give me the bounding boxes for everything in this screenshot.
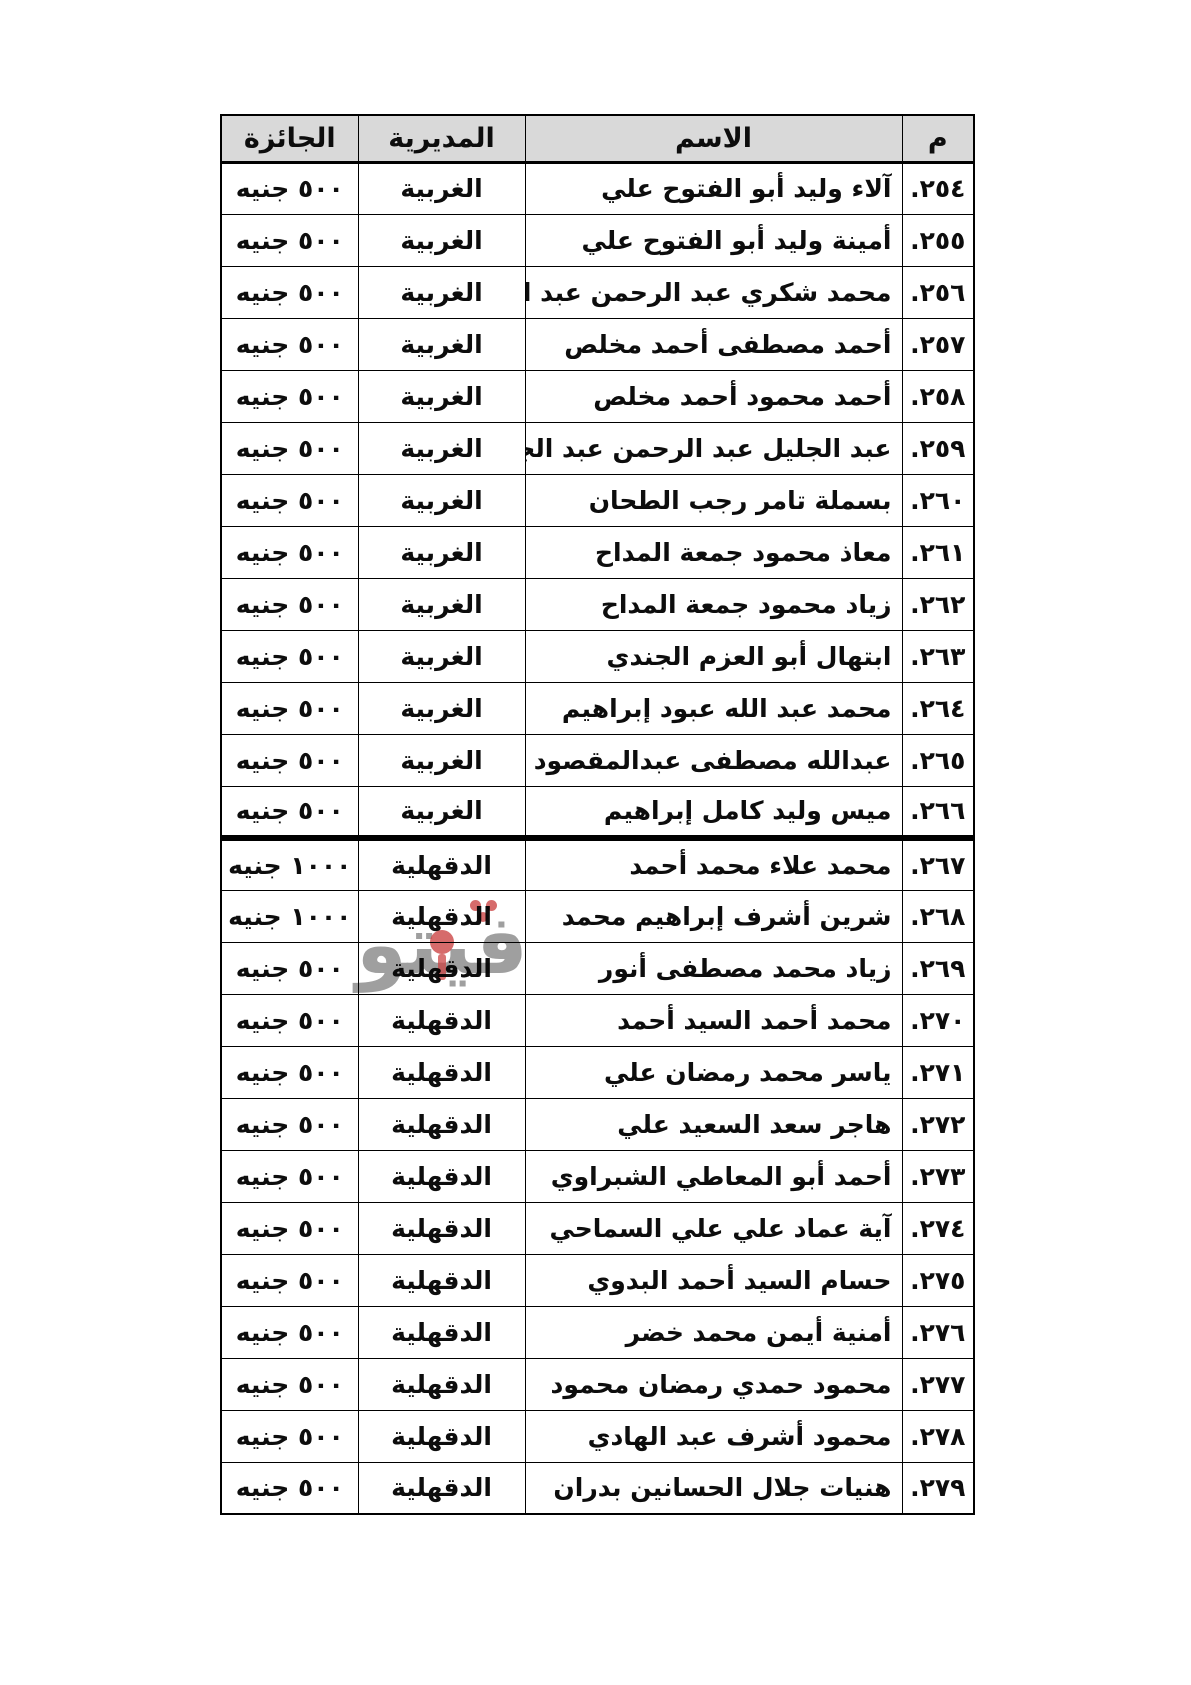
cell-num: ٢٧٤.: [902, 1202, 974, 1254]
cell-dir: الغربية: [358, 370, 525, 422]
header-number: م: [902, 115, 974, 162]
cell-num: ٢٧٨.: [902, 1410, 974, 1462]
cell-prize: ٥٠٠ جنيه: [221, 1046, 358, 1098]
cell-dir: الغربية: [358, 162, 525, 214]
cell-num: ٢٧٧.: [902, 1358, 974, 1410]
table-row: ٢٧٩.هنيات جلال الحسانين بدرانالدقهلية٥٠٠…: [221, 1462, 974, 1514]
cell-num: ٢٦٩.: [902, 942, 974, 994]
header-name: الاسم: [525, 115, 902, 162]
cell-num: ٢٦٨.: [902, 890, 974, 942]
cell-name: شرين أشرف إبراهيم محمد: [525, 890, 902, 942]
cell-dir: الغربية: [358, 682, 525, 734]
cell-name: أحمد أبو المعاطي الشبراوي: [525, 1150, 902, 1202]
cell-prize: ٥٠٠ جنيه: [221, 1410, 358, 1462]
table-row: ٢٧٨.محمود أشرف عبد الهاديالدقهلية٥٠٠ جني…: [221, 1410, 974, 1462]
cell-prize: ٥٠٠ جنيه: [221, 1150, 358, 1202]
cell-num: ٢٥٧.: [902, 318, 974, 370]
cell-prize: ٥٠٠ جنيه: [221, 630, 358, 682]
cell-dir: الغربية: [358, 734, 525, 786]
cell-name: آية عماد علي علي السماحي: [525, 1202, 902, 1254]
table-row: ٢٧٠.محمد أحمد السيد أحمدالدقهلية٥٠٠ جنيه: [221, 994, 974, 1046]
table-row: ٢٥٨.أحمد محمود أحمد مخلصالغربية٥٠٠ جنيه: [221, 370, 974, 422]
table-row: ٢٦٠.بسملة تامر رجب الطحانالغربية٥٠٠ جنيه: [221, 474, 974, 526]
cell-name: هنيات جلال الحسانين بدران: [525, 1462, 902, 1514]
cell-num: ٢٦٤.: [902, 682, 974, 734]
cell-dir: الدقهلية: [358, 1358, 525, 1410]
cell-prize: ١٠٠٠ جنيه: [221, 838, 358, 890]
cell-dir: الغربية: [358, 526, 525, 578]
document-page: { "colors": { "header_bg": "#d9d9d9", "b…: [0, 0, 1191, 1685]
cell-name: محمد أحمد السيد أحمد: [525, 994, 902, 1046]
table-row: ٢٥٦.محمد شكري عبد الرحمن عبد الكريمالغرب…: [221, 266, 974, 318]
cell-dir: الدقهلية: [358, 1254, 525, 1306]
cell-name: آلاء وليد أبو الفتوح علي: [525, 162, 902, 214]
cell-name: ميس وليد كامل إبراهيم: [525, 786, 902, 838]
cell-prize: ٥٠٠ جنيه: [221, 1306, 358, 1358]
cell-name: حسام السيد أحمد البدوي: [525, 1254, 902, 1306]
table-row: ٢٦٥.عبدالله مصطفى عبدالمقصود عواضالغربية…: [221, 734, 974, 786]
cell-prize: ٥٠٠ جنيه: [221, 734, 358, 786]
cell-num: ٢٥٤.: [902, 162, 974, 214]
cell-num: ٢٦٢.: [902, 578, 974, 630]
cell-dir: الغربية: [358, 266, 525, 318]
cell-num: ٢٦٠.: [902, 474, 974, 526]
cell-num: ٢٥٥.: [902, 214, 974, 266]
table-row: ٢٦٣.ابتهال أبو العزم الجنديالغربية٥٠٠ جن…: [221, 630, 974, 682]
cell-num: ٢٦٦.: [902, 786, 974, 838]
cell-num: ٢٥٩.: [902, 422, 974, 474]
table-row: ٢٦١.معاذ محمود جمعة المداحالغربية٥٠٠ جني…: [221, 526, 974, 578]
cell-num: ٢٧٥.: [902, 1254, 974, 1306]
cell-dir: الدقهلية: [358, 942, 525, 994]
cell-prize: ٥٠٠ جنيه: [221, 1358, 358, 1410]
cell-num: ٢٧٣.: [902, 1150, 974, 1202]
cell-name: معاذ محمود جمعة المداح: [525, 526, 902, 578]
cell-dir: الدقهلية: [358, 994, 525, 1046]
table-row: ٢٧١.ياسر محمد رمضان عليالدقهلية٥٠٠ جنيه: [221, 1046, 974, 1098]
header-row: م الاسم المديرية الجائزة: [221, 115, 974, 162]
cell-name: محمد علاء محمد أحمد: [525, 838, 902, 890]
cell-dir: الدقهلية: [358, 838, 525, 890]
cell-name: عبد الجليل عبد الرحمن عبد الجليل: [525, 422, 902, 474]
table-row: ٢٧٤.آية عماد علي علي السماحيالدقهلية٥٠٠ …: [221, 1202, 974, 1254]
table-row: ٢٦٨.شرين أشرف إبراهيم محمدالدقهلية١٠٠٠ ج…: [221, 890, 974, 942]
cell-prize: ٥٠٠ جنيه: [221, 214, 358, 266]
cell-name: عبدالله مصطفى عبدالمقصود عواض: [525, 734, 902, 786]
table-row: ٢٥٧.أحمد مصطفى أحمد مخلصالغربية٥٠٠ جنيه: [221, 318, 974, 370]
cell-name: زياد محمد مصطفى أنور: [525, 942, 902, 994]
cell-dir: الدقهلية: [358, 1046, 525, 1098]
cell-prize: ٥٠٠ جنيه: [221, 422, 358, 474]
cell-num: ٢٧٩.: [902, 1462, 974, 1514]
cell-prize: ٥٠٠ جنيه: [221, 266, 358, 318]
header-directorate: المديرية: [358, 115, 525, 162]
table-body: ٢٥٤.آلاء وليد أبو الفتوح عليالغربية٥٠٠ ج…: [221, 162, 974, 1514]
cell-name: أحمد محمود أحمد مخلص: [525, 370, 902, 422]
cell-num: ٢٥٨.: [902, 370, 974, 422]
cell-name: محمد شكري عبد الرحمن عبد الكريم: [525, 266, 902, 318]
cell-name: أحمد مصطفى أحمد مخلص: [525, 318, 902, 370]
cell-name: زياد محمود جمعة المداح: [525, 578, 902, 630]
cell-name: ابتهال أبو العزم الجندي: [525, 630, 902, 682]
cell-dir: الدقهلية: [358, 1410, 525, 1462]
cell-dir: الغربية: [358, 474, 525, 526]
cell-name: أمنية أيمن محمد خضر: [525, 1306, 902, 1358]
cell-dir: الغربية: [358, 630, 525, 682]
cell-num: ٢٧٦.: [902, 1306, 974, 1358]
table-row: ٢٦٢.زياد محمود جمعة المداحالغربية٥٠٠ جني…: [221, 578, 974, 630]
table-row: ٢٧٢.هاجر سعد السعيد عليالدقهلية٥٠٠ جنيه: [221, 1098, 974, 1150]
cell-prize: ٥٠٠ جنيه: [221, 1202, 358, 1254]
cell-prize: ٥٠٠ جنيه: [221, 578, 358, 630]
table-row: ٢٦٤.محمد عبد الله عبود إبراهيمالغربية٥٠٠…: [221, 682, 974, 734]
cell-dir: الدقهلية: [358, 1202, 525, 1254]
table-row: ٢٧٥.حسام السيد أحمد البدويالدقهلية٥٠٠ جن…: [221, 1254, 974, 1306]
cell-prize: ٥٠٠ جنيه: [221, 786, 358, 838]
cell-prize: ٥٠٠ جنيه: [221, 994, 358, 1046]
cell-name: أمينة وليد أبو الفتوح علي: [525, 214, 902, 266]
cell-num: ٢٦٧.: [902, 838, 974, 890]
cell-name: هاجر سعد السعيد علي: [525, 1098, 902, 1150]
cell-dir: الدقهلية: [358, 1098, 525, 1150]
table-row: ٢٥٤.آلاء وليد أبو الفتوح عليالغربية٥٠٠ ج…: [221, 162, 974, 214]
table-row: ٢٦٩.زياد محمد مصطفى أنورالدقهلية٥٠٠ جنيه: [221, 942, 974, 994]
cell-num: ٢٧٢.: [902, 1098, 974, 1150]
cell-num: ٢٦٥.: [902, 734, 974, 786]
cell-dir: الدقهلية: [358, 1150, 525, 1202]
cell-num: ٢٥٦.: [902, 266, 974, 318]
cell-name: محمود أشرف عبد الهادي: [525, 1410, 902, 1462]
cell-prize: ٥٠٠ جنيه: [221, 474, 358, 526]
header-prize: الجائزة: [221, 115, 358, 162]
table-row: ٢٥٥.أمينة وليد أبو الفتوح عليالغربية٥٠٠ …: [221, 214, 974, 266]
cell-name: بسملة تامر رجب الطحان: [525, 474, 902, 526]
table-row: ٢٦٦.ميس وليد كامل إبراهيمالغربية٥٠٠ جنيه: [221, 786, 974, 838]
table-row: ٢٧٧.محمود حمدي رمضان محمودالدقهلية٥٠٠ جن…: [221, 1358, 974, 1410]
cell-prize: ٥٠٠ جنيه: [221, 682, 358, 734]
cell-prize: ٥٠٠ جنيه: [221, 942, 358, 994]
cell-name: محمود حمدي رمضان محمود: [525, 1358, 902, 1410]
cell-dir: الغربية: [358, 422, 525, 474]
table-row: ٢٦٧.محمد علاء محمد أحمدالدقهلية١٠٠٠ جنيه: [221, 838, 974, 890]
winners-table: م الاسم المديرية الجائزة ٢٥٤.آلاء وليد أ…: [220, 114, 975, 1515]
cell-num: ٢٦١.: [902, 526, 974, 578]
cell-dir: الغربية: [358, 214, 525, 266]
cell-dir: الغربية: [358, 318, 525, 370]
table-row: ٢٧٦.أمنية أيمن محمد خضرالدقهلية٥٠٠ جنيه: [221, 1306, 974, 1358]
cell-dir: الدقهلية: [358, 1462, 525, 1514]
cell-prize: ٥٠٠ جنيه: [221, 1254, 358, 1306]
cell-prize: ٥٠٠ جنيه: [221, 318, 358, 370]
cell-dir: الغربية: [358, 578, 525, 630]
cell-dir: الدقهلية: [358, 890, 525, 942]
table-header: م الاسم المديرية الجائزة: [221, 115, 974, 162]
cell-prize: ٥٠٠ جنيه: [221, 1462, 358, 1514]
cell-prize: ٥٠٠ جنيه: [221, 370, 358, 422]
cell-prize: ٥٠٠ جنيه: [221, 1098, 358, 1150]
table-row: ٢٥٩.عبد الجليل عبد الرحمن عبد الجليلالغر…: [221, 422, 974, 474]
cell-name: ياسر محمد رمضان علي: [525, 1046, 902, 1098]
table-row: ٢٧٣.أحمد أبو المعاطي الشبراويالدقهلية٥٠٠…: [221, 1150, 974, 1202]
cell-num: ٢٦٣.: [902, 630, 974, 682]
cell-name: محمد عبد الله عبود إبراهيم: [525, 682, 902, 734]
cell-prize: ٥٠٠ جنيه: [221, 526, 358, 578]
cell-dir: الغربية: [358, 786, 525, 838]
cell-dir: الدقهلية: [358, 1306, 525, 1358]
cell-num: ٢٧٠.: [902, 994, 974, 1046]
cell-num: ٢٧١.: [902, 1046, 974, 1098]
cell-prize: ٥٠٠ جنيه: [221, 162, 358, 214]
cell-prize: ١٠٠٠ جنيه: [221, 890, 358, 942]
